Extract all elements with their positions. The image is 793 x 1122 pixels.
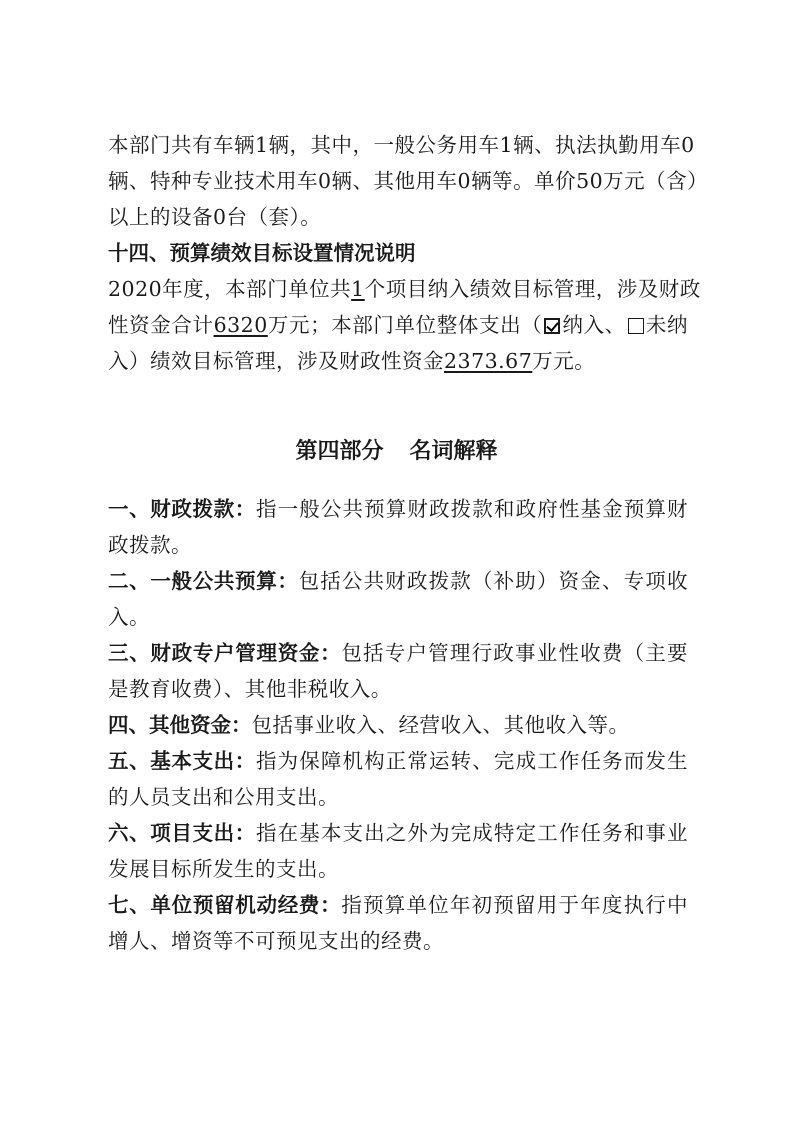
text: 万元。 [532, 349, 595, 373]
definition: 指为保障机构正常运转、完成工作任务而发生 [256, 749, 688, 773]
document-page: 本部门共有车辆1辆，其中，一般公务用车1辆、执法执勤用车0 辆、特种专业技术用车… [0, 0, 793, 1122]
term: 五、基本支出： [108, 749, 256, 773]
glossary-item-7: 七、单位预留机动经费：指预算单位年初预留用于年度执行中 [108, 887, 688, 923]
term: 四、其他资金： [108, 713, 252, 737]
part-4-title: 第四部分名词解释 [0, 434, 793, 465]
glossary-item-5: 五、基本支出：指为保障机构正常运转、完成工作任务而发生 [108, 743, 688, 779]
project-funds-amount: 6320 [214, 313, 268, 337]
text: 性资金合计 [108, 313, 214, 337]
glossary-item-3-cont: 是教育收费）、其他非税收入。 [108, 671, 688, 707]
definition: 指在基本支出之外为完成特定工作任务和事业 [256, 821, 688, 845]
glossary: 一、财政拨款：指一般公共预算财政拨款和政府性基金预算财 政拨款。 二、一般公共预… [108, 491, 688, 959]
term: 二、一般公共预算： [108, 569, 299, 593]
text: 万元；本部门单位整体支出（ [268, 313, 543, 337]
option-excluded-label: 未纳 [646, 313, 688, 337]
paragraph-line: 性资金合计6320万元；本部门单位整体支出（纳入、未纳 [108, 307, 688, 343]
glossary-item-6-cont: 发展目标所发生的支出。 [108, 851, 688, 887]
term: 一、财政拨款： [108, 497, 256, 521]
paragraph-line: 辆、特种专业技术用车0辆、其他用车0辆等。单价50万元（含） [108, 163, 688, 199]
term: 七、单位预留机动经费： [108, 893, 341, 917]
glossary-item-2: 二、一般公共预算：包括公共财政拨款（补助）资金、专项收 [108, 563, 688, 599]
overall-funds-amount: 2373.67 [444, 349, 532, 373]
section-13-continuation: 本部门共有车辆1辆，其中，一般公务用车1辆、执法执勤用车0 辆、特种专业技术用车… [108, 127, 688, 379]
checkbox-checked-icon [544, 318, 560, 334]
definition: 包括专户管理行政事业性收费（主要 [341, 641, 688, 665]
glossary-item-6: 六、项目支出：指在基本支出之外为完成特定工作任务和事业 [108, 815, 688, 851]
part-number: 第四部分 [295, 439, 383, 464]
glossary-item-2-cont: 入。 [108, 599, 688, 635]
checkbox-unchecked-icon [628, 318, 644, 334]
glossary-item-4: 四、其他资金：包括事业收入、经营收入、其他收入等。 [108, 707, 688, 743]
option-included-label: 纳入、 [562, 313, 625, 337]
glossary-item-3: 三、财政专户管理资金：包括专户管理行政事业性收费（主要 [108, 635, 688, 671]
paragraph-line: 入）绩效目标管理，涉及财政性资金2373.67万元。 [108, 343, 688, 379]
part-name: 名词解释 [410, 439, 498, 464]
term: 六、项目支出： [108, 821, 256, 845]
definition: 指一般公共预算财政拨款和政府性基金预算财 [256, 497, 688, 521]
section-14-heading: 十四、预算绩效目标设置情况说明 [108, 235, 688, 271]
glossary-item-1: 一、财政拨款：指一般公共预算财政拨款和政府性基金预算财 [108, 491, 688, 527]
text: 2020年度，本部门单位共 [108, 277, 351, 301]
definition: 指预算单位年初预留用于年度执行中 [341, 893, 688, 917]
paragraph-line: 2020年度，本部门单位共1个项目纳入绩效目标管理，涉及财政 [108, 271, 688, 307]
definition: 包括事业收入、经营收入、其他收入等。 [252, 713, 630, 737]
text: 个项目纳入绩效目标管理，涉及财政 [365, 277, 701, 301]
project-count: 1 [351, 277, 365, 301]
glossary-item-5-cont: 的人员支出和公用支出。 [108, 779, 688, 815]
paragraph-line: 本部门共有车辆1辆，其中，一般公务用车1辆、执法执勤用车0 [108, 127, 688, 163]
paragraph-line: 以上的设备0台（套）。 [108, 199, 688, 235]
definition: 包括公共财政拨款（补助）资金、专项收 [299, 569, 688, 593]
term: 三、财政专户管理资金： [108, 641, 341, 665]
glossary-item-1-cont: 政拨款。 [108, 527, 688, 563]
glossary-item-7-cont: 增人、增资等不可预见支出的经费。 [108, 923, 688, 959]
text: 入）绩效目标管理，涉及财政性资金 [108, 349, 444, 373]
